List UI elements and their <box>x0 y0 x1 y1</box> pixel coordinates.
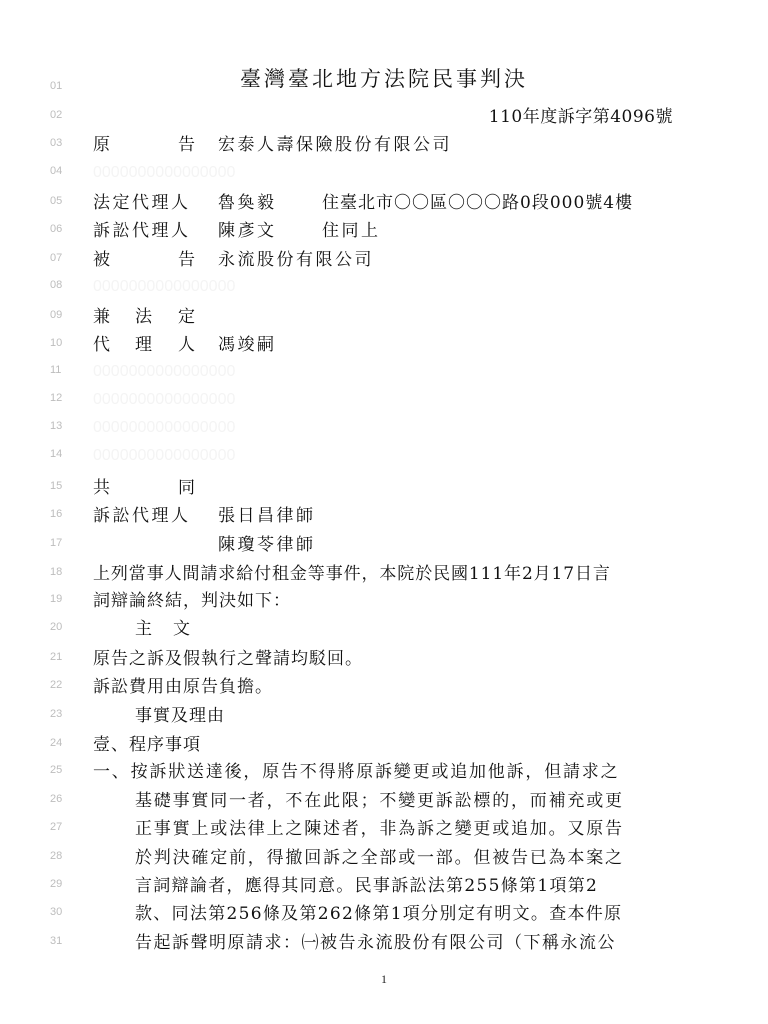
body-line: 基礎事實同一者，不在此限；不變更訴訟標的，而補充或更 <box>135 787 624 815</box>
line-12: 12 0000000000000000 <box>0 386 768 414</box>
joint-rep-role: 訴訟代理人 <box>93 502 191 530</box>
legal-rep-name: 魯奐毅 <box>218 189 277 217</box>
line-number: 13 <box>50 420 62 432</box>
body-line: 告起訴聲明原請求：㈠被告永流股份有限公司（下稱永流公 <box>135 929 616 957</box>
redacted-placeholder: 0000000000000000 <box>93 358 235 386</box>
concurrent-rep-role-char: 法 <box>135 303 155 331</box>
body-line: 詞辯論終結，判決如下： <box>93 587 291 615</box>
line-28: 28 於判決確定前，得撤回訴之全部或一部。但被告已為本案之 <box>0 844 768 872</box>
line-number: 24 <box>50 737 62 749</box>
line-20: 20 主 文 <box>0 615 768 643</box>
defendant-role-char: 告 <box>178 246 198 274</box>
line-18: 18 上列當事人間請求給付租金等事件，本院於民國111年2月17日言 <box>0 560 768 588</box>
line-06: 06 訴訟代理人 陳彥文 住同上 <box>0 217 768 245</box>
line-number: 23 <box>50 708 62 720</box>
litigation-rep-name: 陳彥文 <box>218 217 277 245</box>
line-10: 10 代 理 人 馮竣嗣 <box>0 331 768 359</box>
line-26: 26 基礎事實同一者，不在此限；不變更訴訟標的，而補充或更 <box>0 787 768 815</box>
concurrent-rep-role-char: 代 <box>93 331 113 359</box>
line-30: 30 款、同法第256條及第262條第1項分別定有明文。查本件原 <box>0 900 768 928</box>
line-27: 27 正事實上或法律上之陳述者，非為訴之變更或追加。又原告 <box>0 815 768 843</box>
line-number: 04 <box>50 165 62 177</box>
line-14: 14 0000000000000000 <box>0 442 768 470</box>
line-19: 19 詞辯論終結，判決如下： <box>0 587 768 615</box>
line-number: 31 <box>50 935 62 947</box>
page-number: 1 <box>0 972 768 987</box>
redacted-placeholder: 0000000000000000 <box>93 442 235 470</box>
line-04: 04 0000000000000000 <box>0 159 768 187</box>
line-17: 17 陳瓊苓律師 <box>0 531 768 559</box>
body-line: 上列當事人間請求給付租金等事件，本院於民國111年2月17日言 <box>93 560 611 588</box>
document-page: 01 臺灣臺北地方法院民事判決 02 110年度訴字第4096號 03 原 告 … <box>0 0 768 1024</box>
section-heading-main-text: 主 文 <box>135 615 192 643</box>
line-number: 05 <box>50 195 62 207</box>
line-number: 06 <box>50 223 62 235</box>
line-number: 08 <box>50 279 62 291</box>
defendant-role-char: 被 <box>93 246 113 274</box>
line-number: 01 <box>50 80 62 92</box>
litigation-rep-address: 住同上 <box>322 217 381 245</box>
line-number: 19 <box>50 593 62 605</box>
legal-rep-address: 住臺北市〇〇區〇〇〇路0段000號4樓 <box>322 189 633 217</box>
line-number: 22 <box>50 679 62 691</box>
section-heading-facts-reasons: 事實及理由 <box>135 702 225 730</box>
line-13: 13 0000000000000000 <box>0 414 768 442</box>
redacted-placeholder: 0000000000000000 <box>93 414 235 442</box>
line-number: 12 <box>50 392 62 404</box>
concurrent-rep-role-char: 定 <box>178 303 198 331</box>
line-number: 11 <box>50 364 61 376</box>
redacted-placeholder: 0000000000000000 <box>93 159 235 187</box>
line-31: 31 告起訴聲明原請求：㈠被告永流股份有限公司（下稱永流公 <box>0 929 768 957</box>
joint-rep-name-1: 張日昌律師 <box>218 502 316 530</box>
concurrent-rep-role-char: 人 <box>178 331 198 359</box>
line-15: 15 共 同 <box>0 474 768 502</box>
line-07: 07 被 告 永流股份有限公司 <box>0 246 768 274</box>
line-01: 01 臺灣臺北地方法院民事判決 <box>0 70 768 98</box>
body-line: 訴訟費用由原告負擔。 <box>93 673 273 701</box>
line-25: 25 一、按訴狀送達後，原告不得將原訴變更或追加他訴，但請求之 <box>0 758 768 786</box>
line-number: 10 <box>50 337 62 349</box>
case-number: 110年度訴字第4096號 <box>489 103 673 131</box>
defendant-name: 永流股份有限公司 <box>218 246 374 274</box>
body-line: 原告之訴及假執行之聲請均駁回。 <box>93 645 363 673</box>
line-02: 02 110年度訴字第4096號 <box>0 103 768 131</box>
line-number: 20 <box>50 621 62 633</box>
line-number: 28 <box>50 850 62 862</box>
line-22: 22 訴訟費用由原告負擔。 <box>0 673 768 701</box>
section-heading-procedure: 壹、程序事項 <box>93 731 201 759</box>
line-number: 15 <box>50 480 62 492</box>
line-number: 27 <box>50 821 62 833</box>
line-21: 21 原告之訴及假執行之聲請均駁回。 <box>0 645 768 673</box>
legal-rep-role: 法定代理人 <box>93 189 191 217</box>
line-number: 25 <box>50 764 62 776</box>
concurrent-rep-role-char: 兼 <box>93 303 113 331</box>
line-number: 18 <box>50 566 62 578</box>
plaintiff-role-char: 原 <box>93 131 113 159</box>
line-number: 29 <box>50 878 62 890</box>
line-number: 09 <box>50 309 62 321</box>
body-line: 於判決確定前，得撤回訴之全部或一部。但被告已為本案之 <box>135 844 624 872</box>
joint-rep-role-char: 共 <box>93 474 113 502</box>
plaintiff-name: 宏泰人壽保險股份有限公司 <box>218 131 452 159</box>
line-number: 14 <box>50 448 62 460</box>
line-24: 24 壹、程序事項 <box>0 731 768 759</box>
line-29: 29 言詞辯論者，應得其同意。民事訴訟法第255條第1項第2 <box>0 872 768 900</box>
line-number: 26 <box>50 793 62 805</box>
plaintiff-role-char: 告 <box>178 131 198 159</box>
line-number: 02 <box>50 109 62 121</box>
body-line: 言詞辯論者，應得其同意。民事訴訟法第255條第1項第2 <box>135 872 598 900</box>
joint-rep-name-2: 陳瓊苓律師 <box>218 531 316 559</box>
line-number: 16 <box>50 508 62 520</box>
document-title: 臺灣臺北地方法院民事判決 <box>240 64 528 94</box>
line-09: 09 兼 法 定 <box>0 303 768 331</box>
line-number: 07 <box>50 252 62 264</box>
line-03: 03 原 告 宏泰人壽保險股份有限公司 <box>0 131 768 159</box>
line-11: 11 0000000000000000 <box>0 358 768 386</box>
line-08: 08 0000000000000000 <box>0 273 768 301</box>
line-number: 03 <box>50 137 62 149</box>
redacted-placeholder: 0000000000000000 <box>93 386 235 414</box>
line-05: 05 法定代理人 魯奐毅 住臺北市〇〇區〇〇〇路0段000號4樓 <box>0 189 768 217</box>
concurrent-rep-name: 馮竣嗣 <box>218 331 277 359</box>
body-line: 款、同法第256條及第262條第1項分別定有明文。查本件原 <box>135 900 622 928</box>
redacted-placeholder: 0000000000000000 <box>93 273 235 301</box>
litigation-rep-role: 訴訟代理人 <box>93 217 191 245</box>
line-number: 30 <box>50 906 62 918</box>
line-23: 23 事實及理由 <box>0 702 768 730</box>
line-number: 21 <box>50 651 62 663</box>
line-number: 17 <box>50 537 62 549</box>
body-line: 一、按訴狀送達後，原告不得將原訴變更或追加他訴，但請求之 <box>93 758 619 786</box>
body-line: 正事實上或法律上之陳述者，非為訴之變更或追加。又原告 <box>135 815 624 843</box>
joint-rep-role-char: 同 <box>178 474 198 502</box>
concurrent-rep-role-char: 理 <box>135 331 155 359</box>
line-16: 16 訴訟代理人 張日昌律師 <box>0 502 768 530</box>
